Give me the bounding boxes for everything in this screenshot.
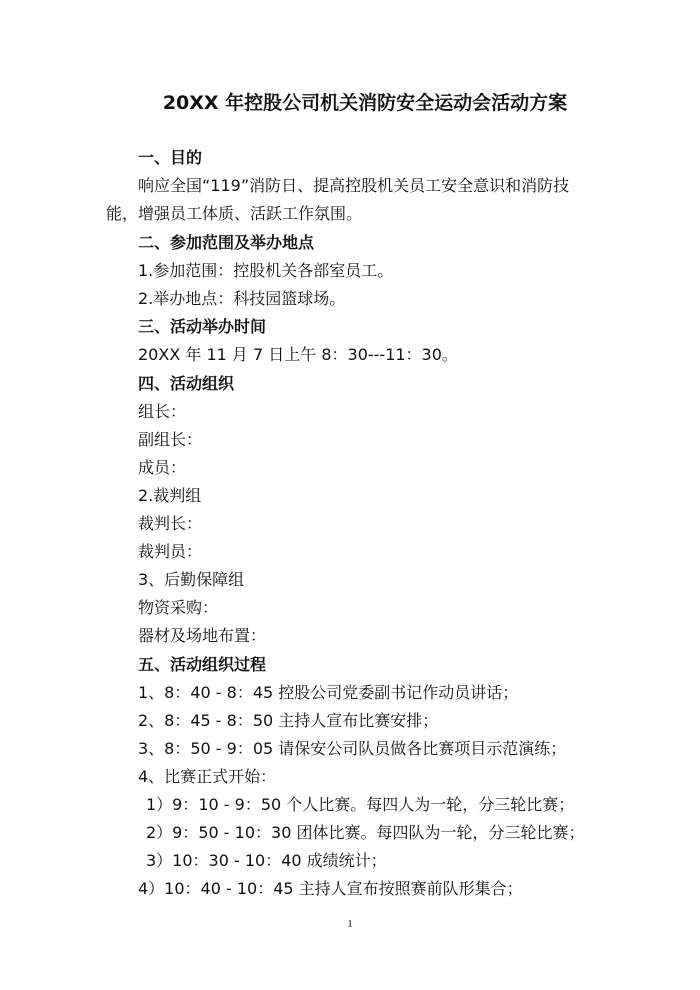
paragraph-line: 器材及场地布置： (138, 626, 266, 646)
paragraph-line: 副组长： (138, 430, 202, 450)
paragraph-line: 3、后勤保障组 (138, 570, 244, 590)
paragraph-line: 2、8：45 - 8：50 主持人宣布比赛安排； (138, 711, 438, 731)
paragraph-line: 2.裁判组 (138, 486, 201, 506)
paragraph-line: 裁判长： (138, 514, 202, 534)
section-heading-organization: 四、活动组织 (138, 374, 234, 394)
paragraph-line: 能，增强员工体质、活跃工作氛围。 (106, 204, 362, 224)
paragraph-line: 3、8：50 - 9：05 请保安公司队员做各比赛项目示范演练； (138, 739, 566, 759)
paragraph-line: 1.参加范围：控股机关各部室员工。 (138, 261, 393, 281)
paragraph-line: 物资采购： (138, 598, 218, 618)
paragraph-line: 20XX 年 11 月 7 日上午 8：30---11：30。 (138, 345, 458, 365)
paragraph-line: 响应全国“119”消防日、提高控股机关员工安全意识和消防技 (138, 176, 569, 196)
section-heading-time: 三、活动举办时间 (138, 317, 266, 337)
paragraph-line: 4）10：40 - 10：45 主持人宣布按照赛前队形集合； (138, 879, 523, 899)
paragraph-line: 组长： (138, 402, 186, 422)
document-page: 20XX 年控股公司机关消防安全运动会活动方案 一、目的 响应全国“119”消防… (0, 0, 700, 990)
paragraph-line: 2）9：50 - 10：30 团体比赛。每四队为一轮，分三轮比赛； (146, 823, 584, 843)
page-number: 1 (0, 918, 700, 930)
document-title: 20XX 年控股公司机关消防安全运动会活动方案 (0, 88, 700, 115)
paragraph-line: 3）10：30 - 10：40 成绩统计； (146, 851, 387, 871)
section-heading-process: 五、活动组织过程 (138, 655, 266, 675)
paragraph-line: 4、比赛正式开始： (138, 767, 276, 787)
paragraph-line: 1）9：10 - 9：50 个人比赛。每四人为一轮，分三轮比赛； (146, 795, 574, 815)
paragraph-line: 2.举办地点：科技园篮球场。 (138, 289, 345, 309)
section-heading-purpose: 一、目的 (138, 148, 202, 168)
paragraph-line: 成员： (138, 458, 186, 478)
paragraph-line: 裁判员： (138, 542, 202, 562)
section-heading-scope: 二、参加范围及举办地点 (138, 233, 314, 253)
paragraph-line: 1、8：40 - 8：45 控股公司党委副书记作动员讲话； (138, 683, 518, 703)
